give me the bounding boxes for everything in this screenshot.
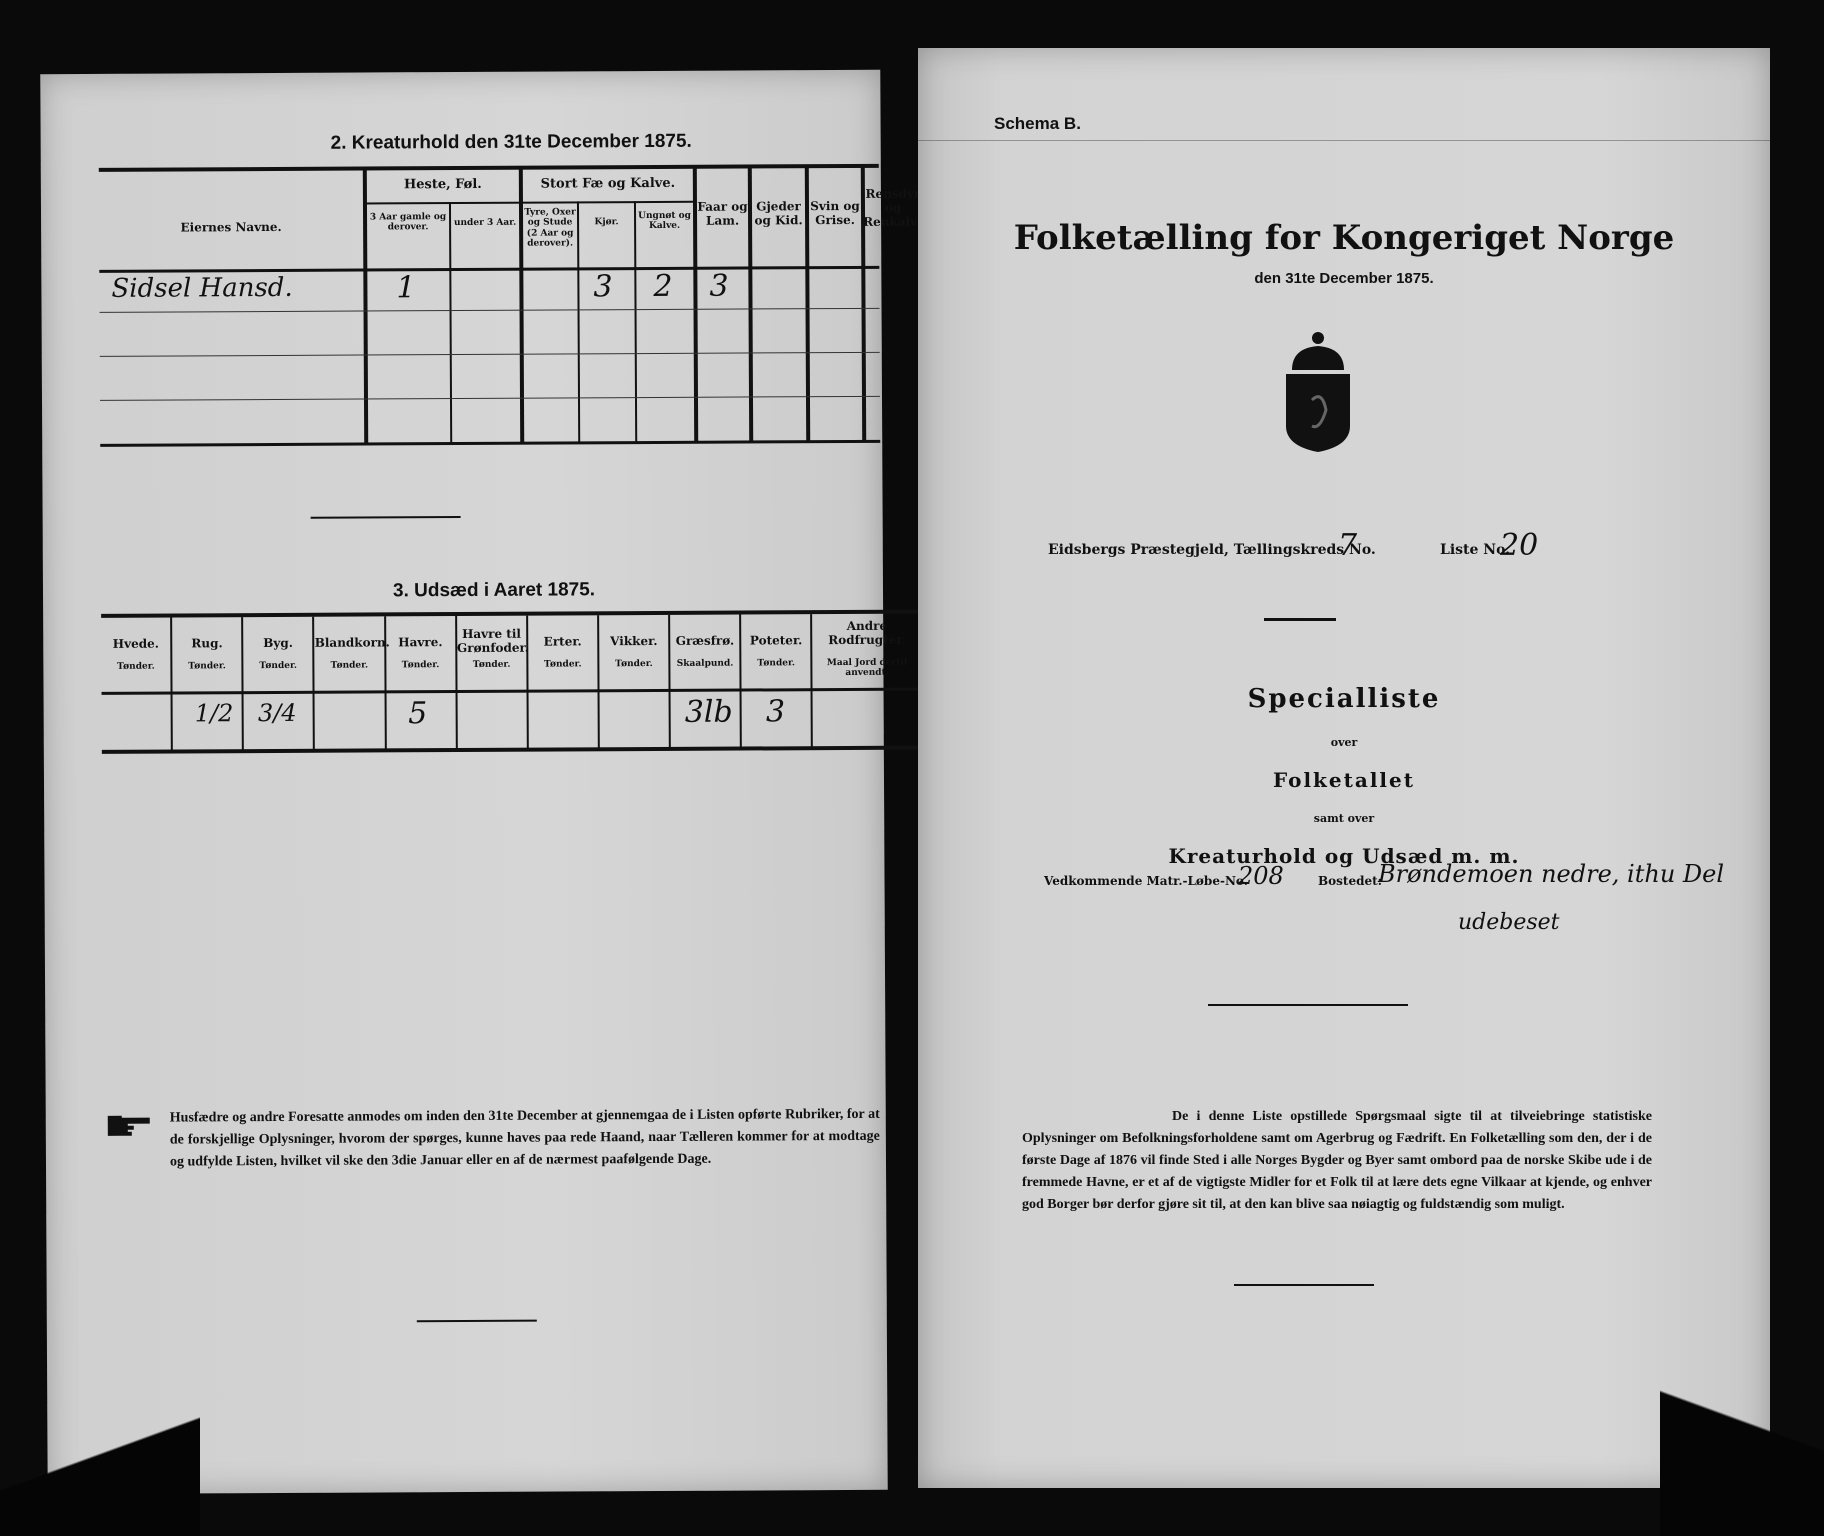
- schema-label: Schema B.: [994, 114, 1081, 134]
- udsaed-col: Blandkorn. Tønder.: [315, 616, 387, 750]
- col-unit: Skaalpund.: [670, 659, 739, 670]
- section2-title: 2. Kreaturhold den 31te December 1875.: [331, 131, 692, 155]
- divider: [99, 164, 879, 172]
- owner-name: Sidsel Hansd.: [111, 273, 292, 304]
- divider: [634, 201, 637, 443]
- col-unit: Maal Jord dertil anvendt.: [813, 658, 922, 679]
- col-header: Gjeder og Kid.: [752, 200, 805, 228]
- divider: [311, 516, 461, 519]
- col-value: 1/2: [195, 699, 234, 727]
- cell-faar: 3: [709, 269, 728, 304]
- divider: [1234, 1284, 1374, 1286]
- col-label: Havre til Grønfoder.: [457, 628, 526, 656]
- col-label: Hvede.: [101, 638, 170, 652]
- col-header: Tyre, Oxer og Stude (2 Aar og derover).: [523, 207, 577, 249]
- col-value: 3: [766, 694, 785, 729]
- heading-samt-over: samt over: [918, 812, 1770, 825]
- divider: [1264, 618, 1336, 621]
- row-line: [100, 352, 880, 357]
- cell-kjor: 3: [593, 269, 612, 304]
- udsaed-col: Erter. Tønder.: [528, 615, 600, 749]
- col-header: Faar og Lam.: [697, 201, 748, 229]
- matr-no: 208: [1238, 862, 1284, 890]
- name-header: Eiernes Navne.: [101, 221, 361, 236]
- col-unit: Tønder.: [528, 659, 597, 670]
- divider: [449, 202, 452, 444]
- col-label: Poteter.: [741, 634, 810, 648]
- row-line: [100, 308, 880, 313]
- col-header: Svin og Grise.: [809, 200, 861, 228]
- col-header: under 3 Aar.: [451, 218, 519, 229]
- coat-of-arms-icon: [1282, 330, 1354, 454]
- prestegjeld-label: Eidsbergs Præstegjeld, Tællingskreds No.: [1048, 542, 1376, 558]
- right-page: Schema B. Folketælling for Kongeriget No…: [918, 48, 1770, 1488]
- group-heste: Heste, Føl.: [367, 178, 519, 194]
- udsaed-col: Byg. Tønder. 3/4: [243, 617, 315, 751]
- divider: [100, 440, 880, 447]
- col-unit: Tønder.: [742, 658, 811, 669]
- udsaed-col: Andre Rodfrugter. Maal Jord dertil anven…: [813, 614, 922, 749]
- pointing-hand-icon: [106, 1114, 154, 1136]
- col-label: Vikker.: [599, 635, 668, 649]
- udsaed-col: Hvede. Tønder.: [101, 618, 173, 752]
- heading-specialliste: Specialliste: [918, 684, 1770, 714]
- col-label: Andre Rodfrugter.: [813, 620, 922, 648]
- section3-title: 3. Udsæd i Aaret 1875.: [393, 579, 595, 602]
- liste-no: 20: [1500, 528, 1538, 563]
- divider: [365, 201, 693, 205]
- udsaed-col: Vikker. Tønder.: [599, 615, 671, 749]
- divider: [577, 201, 580, 443]
- col-unit: Tønder.: [173, 661, 242, 672]
- col-unit: Tønder.: [386, 660, 455, 671]
- divider: [1208, 1004, 1408, 1006]
- col-unit: Tønder.: [244, 661, 313, 672]
- left-page: 2. Kreaturhold den 31te December 1875. E…: [40, 70, 887, 1494]
- udsaed-col: Poteter. Tønder. 3: [741, 614, 813, 748]
- kreds-no: 7: [1338, 528, 1357, 563]
- notice-text: Husfædre og andre Foresatte anmodes om i…: [170, 1104, 880, 1174]
- udsaed-table: Hvede. Tønder. Rug. Tønder. 1/2 Byg. Tøn…: [101, 614, 922, 752]
- col-header: Ungnøt og Kalve.: [636, 211, 693, 232]
- col-label: Rug.: [172, 637, 241, 651]
- footer-text: De i denne Liste opstillede Spørgsmaal s…: [1022, 1106, 1652, 1216]
- udsaed-col: Havre til Grønfoder. Tønder.: [457, 616, 529, 750]
- main-subtitle: den 31te December 1875.: [918, 270, 1770, 287]
- matr-label: Vedkommende Matr.-Løbe-No.: [1044, 874, 1248, 888]
- col-label: Byg.: [244, 637, 313, 651]
- col-label: Græsfrø.: [670, 635, 739, 649]
- udsaed-col: Rug. Tønder. 1/2: [172, 617, 244, 751]
- bostedet-value-2: udebeset: [1458, 910, 1560, 935]
- faint-rule: [918, 140, 1770, 141]
- divider: [99, 266, 879, 273]
- heading-folketallet: Folketallet: [918, 768, 1770, 792]
- col-header: Kjør.: [579, 217, 634, 228]
- col-value: 3lb: [685, 695, 733, 730]
- udsaed-col: Havre. Tønder. 5: [386, 616, 458, 750]
- udsaed-col: Græsfrø. Skaalpund. 3lb: [670, 615, 742, 749]
- col-value: 5: [408, 696, 427, 731]
- col-unit: Tønder.: [101, 662, 170, 673]
- bostedet-value: Brøndemoen nedre, ithu Del: [1378, 860, 1724, 888]
- group-stort-fae: Stort Fæ og Kalve.: [523, 177, 693, 193]
- col-unit: Tønder.: [457, 660, 526, 671]
- col-label: Erter.: [528, 635, 597, 649]
- cell-heste: 1: [396, 270, 415, 305]
- row-line: [100, 396, 880, 401]
- main-title: Folketælling for Kongeriget Norge: [918, 218, 1770, 258]
- divider: [363, 169, 368, 445]
- col-value: 3/4: [258, 699, 297, 727]
- heading-over: over: [918, 736, 1770, 749]
- cell-ungfae: 2: [653, 269, 672, 304]
- col-header: Rensdyr og Renkalve.: [863, 188, 923, 230]
- divider: [417, 1320, 537, 1323]
- col-unit: Tønder.: [315, 660, 384, 671]
- scan-shadow: [0, 1370, 200, 1536]
- col-unit: Tønder.: [599, 659, 668, 670]
- scan-shadow: [1660, 1330, 1824, 1536]
- bostedet-label: Bostedet:: [1318, 874, 1382, 888]
- col-label: Havre.: [386, 636, 455, 650]
- col-header: 3 Aar gamle og derover.: [367, 212, 449, 233]
- col-label: Blandkorn.: [315, 636, 384, 650]
